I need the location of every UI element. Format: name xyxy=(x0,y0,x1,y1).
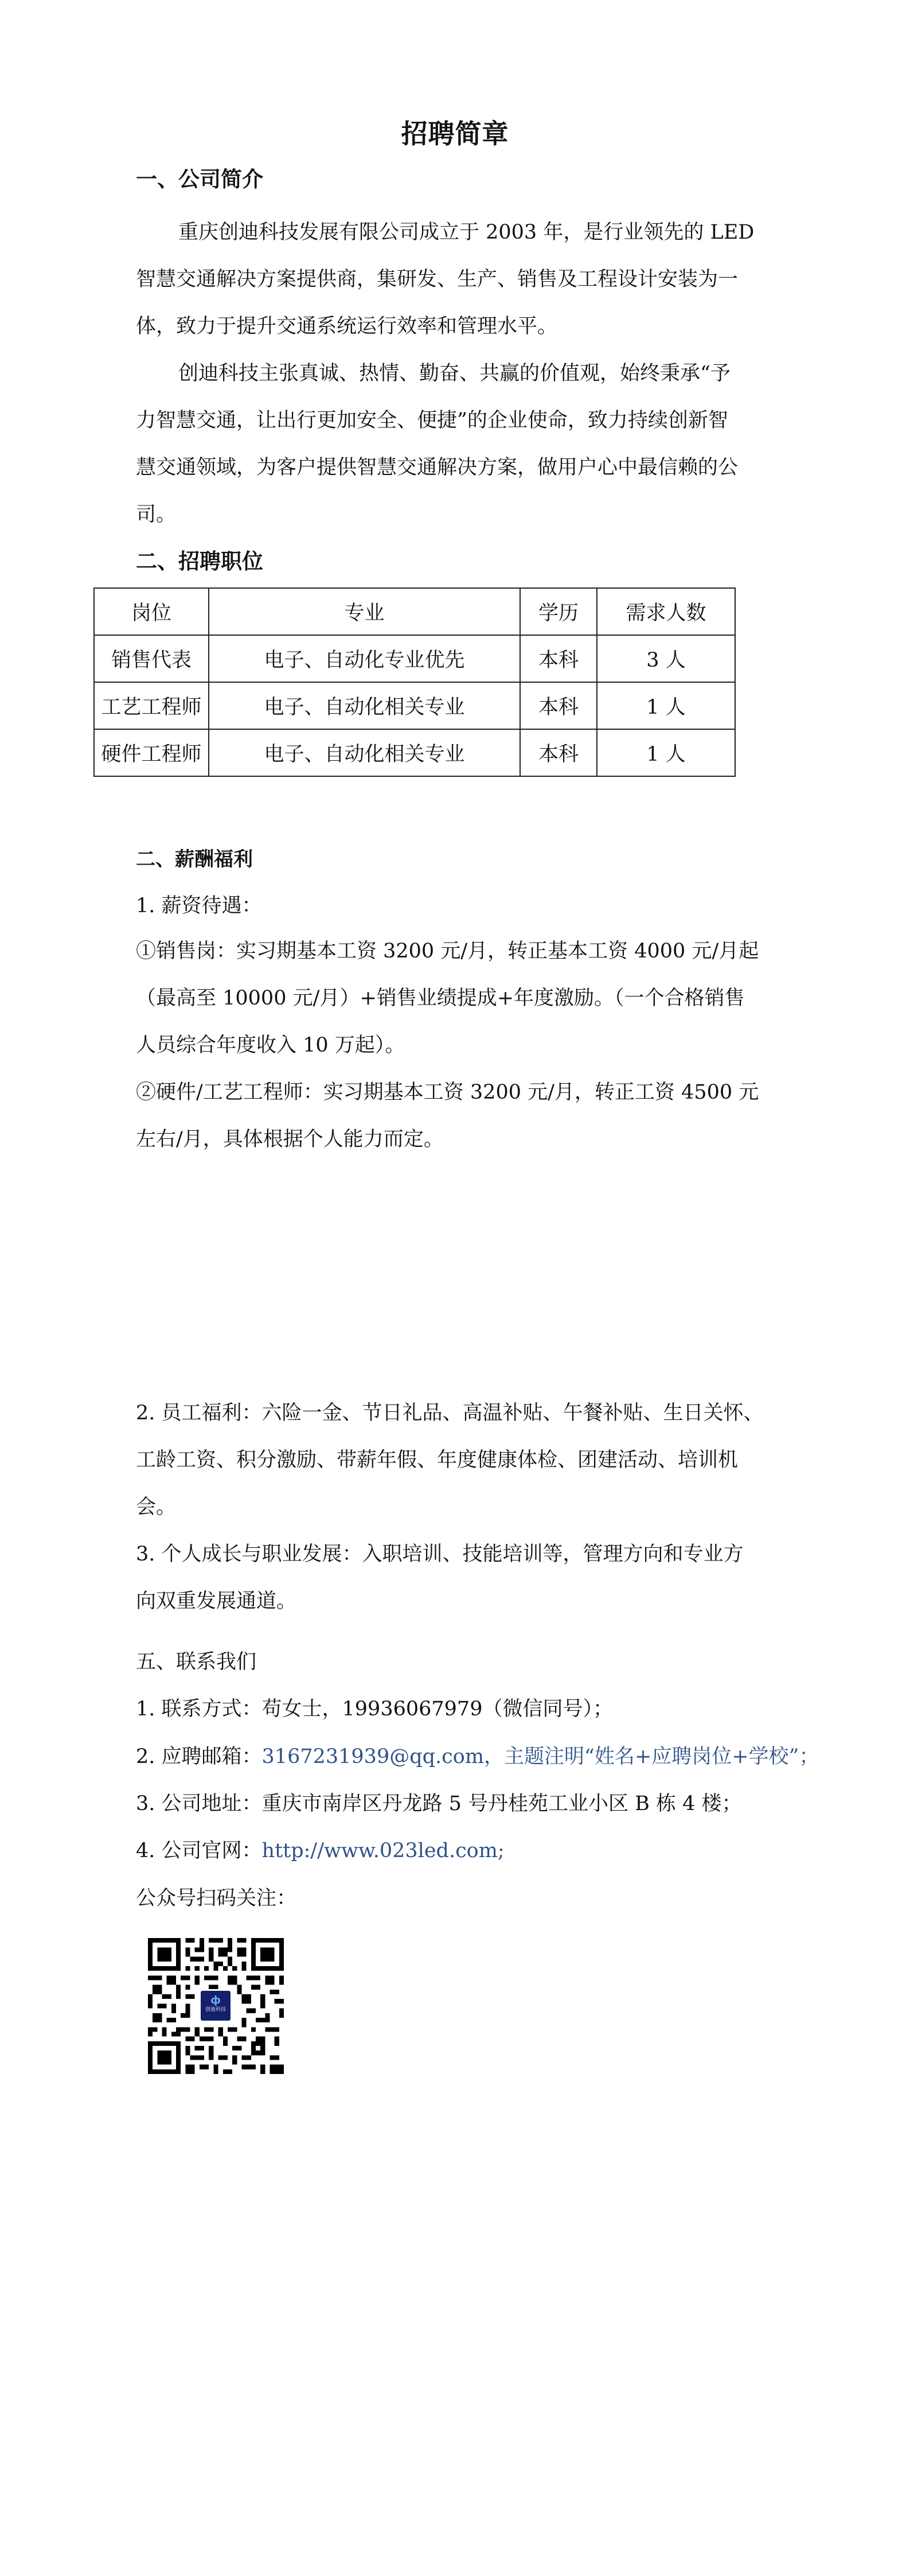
cell-position: 硬件工程师 xyxy=(94,729,209,776)
text-line: ①销售岗：实习期基本工资 3200 元/月，转正基本工资 4000 元/月起 xyxy=(136,928,775,975)
section-heading-contact: 五、联系我们 xyxy=(136,1648,256,1676)
positions-table: 岗位 专业 学历 需求人数 销售代表 电子、自动化专业优先 本科 3 人 工艺工… xyxy=(93,587,736,777)
text-line: 司。 xyxy=(136,491,775,538)
column-header-position: 岗位 xyxy=(94,588,209,635)
cell-major: 电子、自动化相关专业 xyxy=(209,682,520,729)
email-link[interactable]: 3167231939@qq.com xyxy=(262,1745,484,1768)
cell-headcount: 3 人 xyxy=(597,635,735,682)
text-line: （最高至 10000 元/月）+销售业绩提成+年度激励。（一个合格销售 xyxy=(136,975,775,1022)
text-line: 3. 个人成长与职业发展：入职培训、技能培训等，管理方向和专业方 xyxy=(136,1531,775,1578)
text-line: 创迪科技主张真诚、热情、勤奋、共赢的价值观，始终秉承“予 xyxy=(136,350,775,397)
contact-address-line: 3. 公司地址：重庆市南岸区丹龙路 5 号丹桂苑工业小区 B 栋 4 楼； xyxy=(136,1790,742,1818)
text-line: 智慧交通解决方案提供商，集研发、生产、销售及工程设计安装为一 xyxy=(136,256,775,303)
document-title: 招聘简章 xyxy=(0,118,910,150)
cell-headcount: 1 人 xyxy=(597,682,735,729)
email-label: 2. 应聘邮箱： xyxy=(136,1745,262,1768)
cell-education: 本科 xyxy=(520,635,597,682)
logo-mark: ф xyxy=(201,1994,231,2007)
growth-paragraph: 3. 个人成长与职业发展：入职培训、技能培训等，管理方向和专业方 向双重发展通道… xyxy=(136,1531,775,1625)
salary-engineer-paragraph: ②硬件/工艺工程师：实习期基本工资 3200 元/月，转正工资 4500 元 左… xyxy=(136,1069,775,1163)
cell-major: 电子、自动化专业优先 xyxy=(209,635,520,682)
cell-position: 销售代表 xyxy=(94,635,209,682)
text-line: 向双重发展通道。 xyxy=(136,1578,775,1625)
contact-email-line: 2. 应聘邮箱：3167231939@qq.com，主题注明“姓名+应聘岗位+学… xyxy=(136,1743,819,1770)
text-line: 2. 员工福利：六险一金、节日礼品、高温补贴、午餐补贴、生日关怀、 xyxy=(136,1390,775,1437)
text-line: 会。 xyxy=(136,1484,775,1531)
column-header-major: 专业 xyxy=(209,588,520,635)
cell-position: 工艺工程师 xyxy=(94,682,209,729)
column-header-education: 学历 xyxy=(520,588,597,635)
section-heading-positions: 二、招聘职位 xyxy=(136,548,263,575)
text-line: 左右/月，具体根据个人能力而定。 xyxy=(136,1116,775,1163)
welfare-paragraph: 2. 员工福利：六险一金、节日礼品、高温补贴、午餐补贴、生日关怀、 工龄工资、积… xyxy=(136,1390,775,1531)
cell-education: 本科 xyxy=(520,682,597,729)
column-header-headcount: 需求人数 xyxy=(597,588,735,635)
section-heading-benefits: 二、薪酬福利 xyxy=(136,846,253,873)
cell-headcount: 1 人 xyxy=(597,729,735,776)
cell-major: 电子、自动化相关专业 xyxy=(209,729,520,776)
wechat-qr-code: ф 创迪科技 xyxy=(148,1938,284,2074)
table-row: 销售代表 电子、自动化专业优先 本科 3 人 xyxy=(94,635,735,682)
text-line: 力智慧交通，让出行更加安全、便捷”的企业使命，致力持续创新智 xyxy=(136,397,775,444)
table-header-row: 岗位 专业 学历 需求人数 xyxy=(94,588,735,635)
company-logo-icon: ф 创迪科技 xyxy=(199,1989,232,2022)
text-line: 慧交通领域，为客户提供智慧交通解决方案，做用户心中最信赖的公 xyxy=(136,444,775,491)
contact-phone-line: 1. 联系方式：苟女士，19936067979（微信同号）； xyxy=(136,1695,613,1723)
salary-sales-paragraph: ①销售岗：实习期基本工资 3200 元/月，转正基本工资 4000 元/月起 （… xyxy=(136,928,775,1069)
text-line: 工龄工资、积分激励、带薪年假、年度健康体检、团建活动、培训机 xyxy=(136,1437,775,1484)
table-row: 硬件工程师 电子、自动化相关专业 本科 1 人 xyxy=(94,729,735,776)
email-note: ，主题注明“姓名+应聘岗位+学校”； xyxy=(484,1745,819,1768)
text-line: 重庆创迪科技发展有限公司成立于 2003 年，是行业领先的 LED xyxy=(136,209,775,256)
company-intro-paragraph-2: 创迪科技主张真诚、热情、勤奋、共赢的价值观，始终秉承“予 力智慧交通，让出行更加… xyxy=(136,350,775,538)
contact-website-line: 4. 公司官网：http://www.023led.com; xyxy=(136,1837,505,1865)
section-heading-company-intro: 一、公司简介 xyxy=(136,166,263,193)
text-line: ②硬件/工艺工程师：实习期基本工资 3200 元/月，转正工资 4500 元 xyxy=(136,1069,775,1116)
text-line: 人员综合年度收入 10 万起）。 xyxy=(136,1022,775,1069)
website-link[interactable]: http://www.023led.com; xyxy=(262,1839,505,1862)
table-row: 工艺工程师 电子、自动化相关专业 本科 1 人 xyxy=(94,682,735,729)
cell-education: 本科 xyxy=(520,729,597,776)
website-label: 4. 公司官网： xyxy=(136,1839,262,1862)
qr-label: 公众号扫码关注： xyxy=(136,1885,296,1912)
salary-title: 1. 薪资待遇： xyxy=(136,892,262,920)
text-line: 体，致力于提升交通系统运行效率和管理水平。 xyxy=(136,303,775,350)
logo-text: 创迪科技 xyxy=(201,2007,231,2013)
company-intro-paragraph-1: 重庆创迪科技发展有限公司成立于 2003 年，是行业领先的 LED 智慧交通解决… xyxy=(136,209,775,350)
